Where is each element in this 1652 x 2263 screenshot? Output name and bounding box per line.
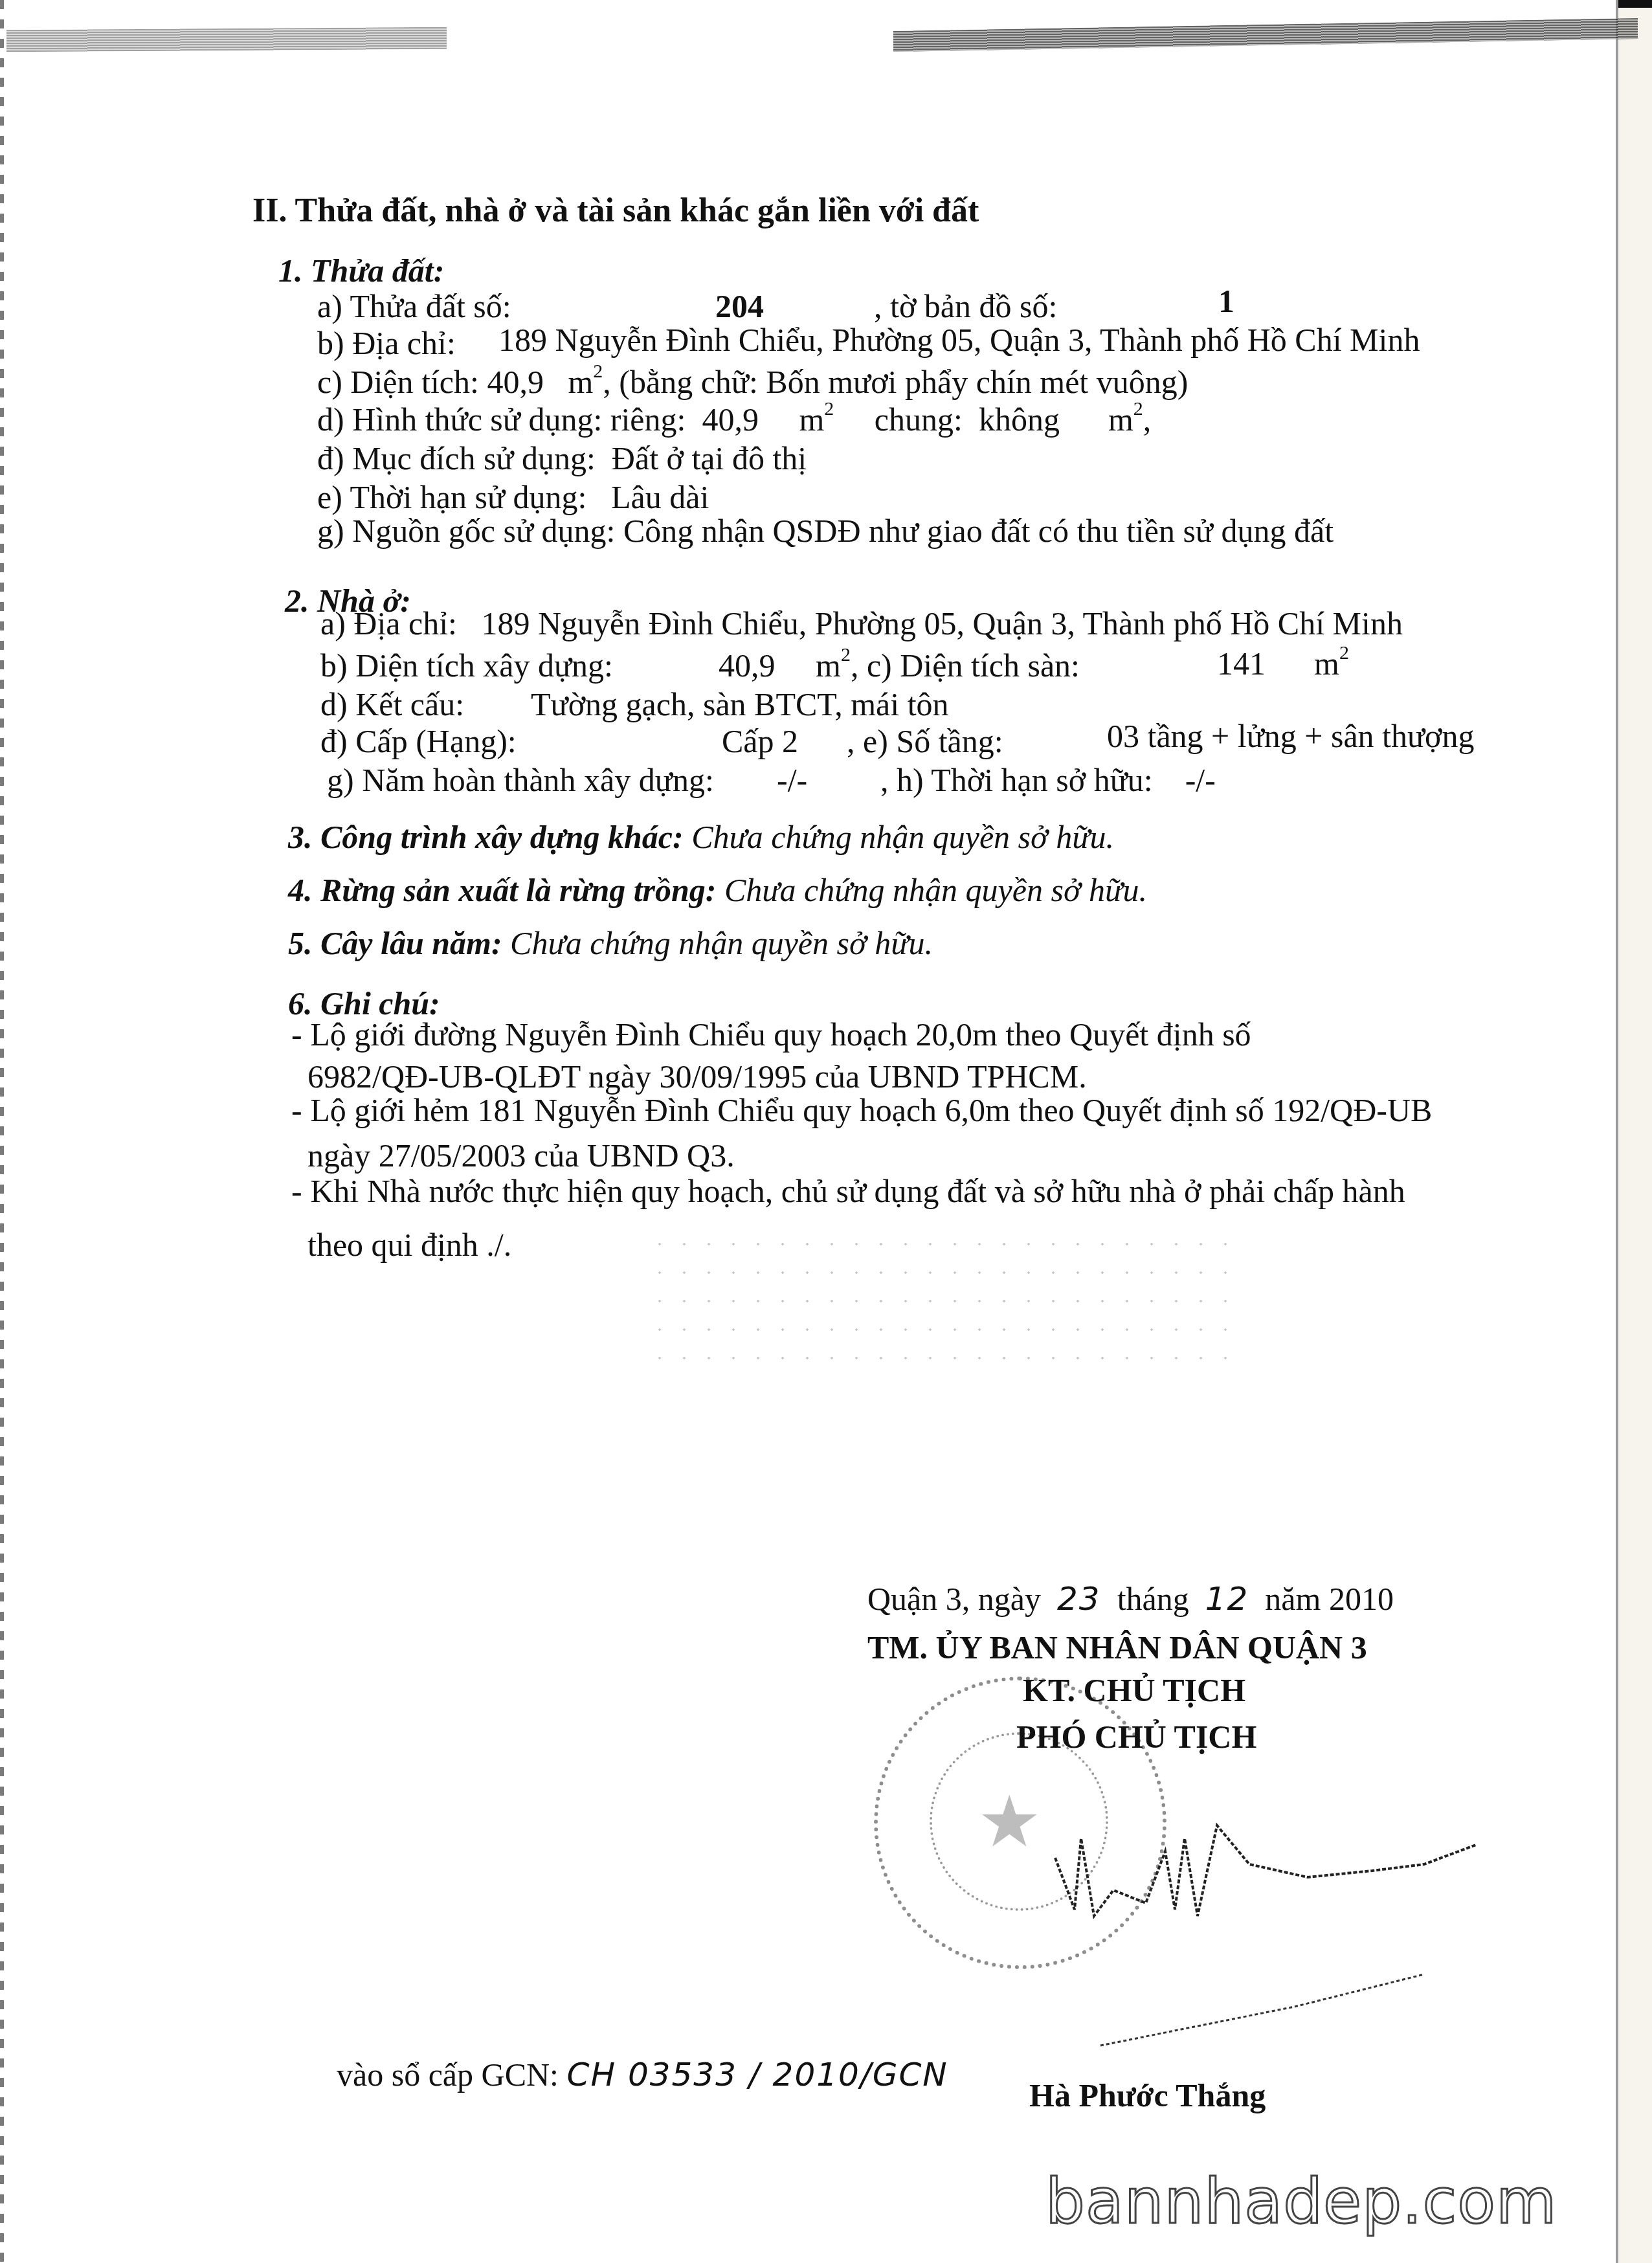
position: PHÓ CHỦ TỊCH xyxy=(1016,1721,1256,1753)
parcel-number: 204 xyxy=(715,290,764,322)
land-heading: 1. Thửa đất: xyxy=(278,254,444,287)
other-item: 3. Công trình xây dựng khác: Chưa chứng … xyxy=(288,821,1114,853)
date-day: 23 xyxy=(1057,1580,1101,1618)
usage-shared-value: không xyxy=(979,401,1060,438)
house-address: 189 Nguyễn Đình Chiểu, Phường 05, Quận 3… xyxy=(482,605,1403,641)
watermark: bannhadep.com xyxy=(1045,2165,1557,2238)
handwritten-signature xyxy=(1036,1812,1592,2084)
ownership-term-value: -/- xyxy=(1185,762,1216,798)
place-date: Quận 3, ngày 23 tháng 12 năm 2010 xyxy=(867,1583,1394,1615)
grade-label: đ) Cấp (Hạng): xyxy=(320,725,517,757)
floor-area-value: 141 xyxy=(1217,645,1266,682)
build-area-label: b) Diện tích xây dựng: xyxy=(320,647,613,684)
on-behalf: KT. CHỦ TỊCH xyxy=(1023,1674,1245,1706)
usage-form: d) Hình thức sử dụng: riêng: 40,9 m2 chu… xyxy=(317,403,1151,436)
floors-label: , e) Số tầng: xyxy=(847,723,1003,759)
notes-heading: 6. Ghi chú: xyxy=(288,987,440,1020)
section-title: II. Thửa đất, nhà ở và tài sản khác gắn … xyxy=(252,194,979,228)
scan-right-edge xyxy=(1616,0,1652,2263)
registry-number: CH 03533 / 2010/GCN xyxy=(567,2056,948,2093)
note-line: - Khi Nhà nước thực hiện quy hoạch, chủ … xyxy=(291,1175,1405,1207)
land-area-words: , (bằng chữ: Bốn mươi phẩy chín mét vuôn… xyxy=(603,364,1188,400)
completed-value: -/- xyxy=(777,764,807,796)
land-area-label: c) Diện tích: 40,9 m2, (bằng chữ: Bốn mư… xyxy=(317,366,1188,398)
build-area-value: 40,9 xyxy=(719,647,776,684)
floor-area-label: , c) Diện tích sàn: xyxy=(851,647,1080,684)
grade-value: Cấp 2 xyxy=(722,723,798,759)
note-line: ngày 27/05/2003 của UBND Q3. xyxy=(307,1139,735,1172)
note-line: - Lộ giới đường Nguyễn Đình Chiểu quy ho… xyxy=(291,1018,1251,1051)
term-value: Lâu dài xyxy=(611,479,709,515)
other-item: 5. Cây lâu năm: Chưa chứng nhận quyền sở… xyxy=(288,927,933,959)
faint-print-artifact xyxy=(647,1230,1230,1359)
house-address-label: a) Địa chỉ: xyxy=(320,605,457,641)
scan-artifact xyxy=(6,27,447,52)
term-label: e) Thời hạn sử dụng: xyxy=(317,479,586,515)
registry: vào sổ cấp GCN: CH 03533 / 2010/GCN xyxy=(337,2058,948,2091)
scan-left-edge xyxy=(0,0,4,2263)
scan-artifact xyxy=(893,18,1638,52)
land-address: 189 Nguyễn Đình Chiểu, Phường 05, Quận 3… xyxy=(498,324,1420,356)
ownership-term-label: , h) Thời hạn sở hữu: xyxy=(880,762,1153,798)
origin-label: g) Nguồn gốc sử dụng: xyxy=(317,513,615,549)
purpose-value: Đất ở tại đô thị xyxy=(612,440,807,476)
land-address-label: b) Địa chỉ: xyxy=(317,327,456,359)
authority: TM. ỦY BAN NHÂN DÂN QUẬN 3 xyxy=(867,1631,1367,1664)
structure-label: d) Kết cấu: xyxy=(320,686,464,722)
seal-star-icon: ★ xyxy=(977,1780,1042,1864)
date-month: 12 xyxy=(1205,1580,1249,1618)
structure-value: Tường gạch, sàn BTCT, mái tôn xyxy=(531,688,949,720)
floors-value: 03 tầng + lửng + sân thượng xyxy=(1107,720,1475,752)
note-line: - Lộ giới hẻm 181 Nguyễn Đình Chiểu quy … xyxy=(291,1094,1432,1126)
origin-value: Công nhận QSDĐ như giao đất có thu tiền … xyxy=(623,513,1334,549)
other-item: 4. Rừng sản xuất là rừng trồng: Chưa chứ… xyxy=(288,874,1147,906)
signer-name: Hà Phước Thắng xyxy=(1029,2079,1266,2112)
parcel-label: a) Thửa đất số: xyxy=(317,290,511,322)
note-line: theo qui định ./. xyxy=(307,1229,511,1261)
completed-label: g) Năm hoàn thành xây dựng: xyxy=(327,764,714,796)
land-area-value: 40,9 xyxy=(487,364,544,400)
map-sheet-number: 1 xyxy=(1218,285,1234,317)
usage-private-value: 40,9 xyxy=(702,401,759,438)
note-line: 6982/QĐ-UB-QLĐT ngày 30/09/1995 của UBND… xyxy=(307,1060,1087,1093)
map-sheet-label: , tờ bản đồ số: xyxy=(874,290,1057,322)
purpose-label: đ) Mục đích sử dụng: xyxy=(317,440,596,476)
